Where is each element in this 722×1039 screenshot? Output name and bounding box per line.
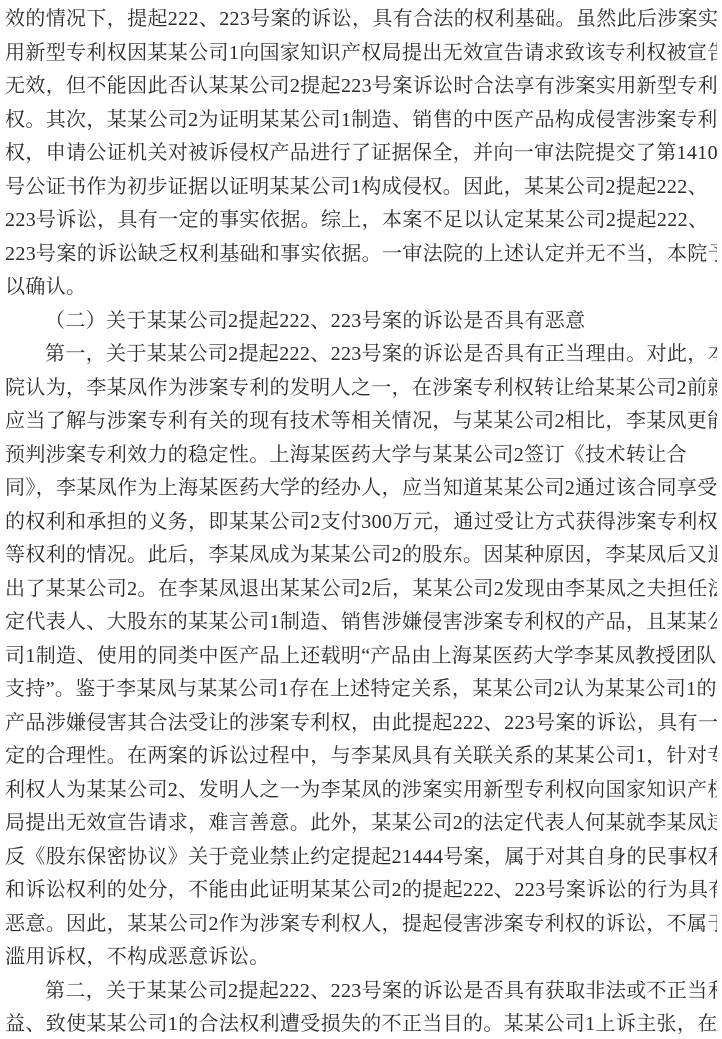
text-line: 产品涉嫌侵害其合法受让的涉案专利权，由此提起222、223号案的诉讼，具有一 xyxy=(5,707,717,741)
text-line: 出了某某公司2。在李某凤退出某某公司2后，某某公司2发现由李某凤之夫担任法 xyxy=(5,573,717,607)
text-line: 223号案的诉讼缺乏权利基础和事实依据。一审法院的上述认定并无不当，本院予 xyxy=(5,238,717,272)
text-line: 应当了解与涉案专利有关的现有技术等相关情况，与某某公司2相比，李某凤更能 xyxy=(5,405,717,439)
text-line: （二）关于某某公司2提起222、223号案的诉讼是否具有恶意 xyxy=(5,305,717,339)
document-page: 效的情况下，提起222、223号案的诉讼，具有合法的权利基础。虽然此后涉案实用新… xyxy=(0,0,722,1039)
text-line: 等权利的情况。此后，李某凤成为某某公司2的股东。因某种原因，李某凤后又退 xyxy=(5,539,717,573)
text-line: 以确认。 xyxy=(5,271,717,305)
text-line: 支持”。鉴于李某凤与某某公司1存在上述特定关系，某某公司2认为某某公司1的 xyxy=(5,673,717,707)
text-line: 滥用诉权，不构成恶意诉讼。 xyxy=(5,941,717,975)
text-line: 第二，关于某某公司2提起222、223号案的诉讼是否具有获取非法或不正当利 xyxy=(5,975,717,1009)
text-line: 恶意。因此，某某公司2作为涉案专利权人，提起侵害涉案专利权的诉讼，不属于 xyxy=(5,908,717,942)
paragraph: 效的情况下，提起222、223号案的诉讼，具有合法的权利基础。虽然此后涉案实用新… xyxy=(5,3,717,305)
paragraph: 第二，关于某某公司2提起222、223号案的诉讼是否具有获取非法或不正当利益、致… xyxy=(5,975,717,1039)
text-line: 号公证书作为初步证据以证明某某公司1构成侵权。因此，某某公司2提起222、 xyxy=(5,171,717,205)
text-line: 和诉讼权利的处分，不能由此证明某某公司2的提起222、223号案诉讼的行为具有 xyxy=(5,874,717,908)
text-line: 反《股东保密协议》关于竞业禁止约定提起21444号案，属于对其自身的民事权利 xyxy=(5,841,717,875)
text-line: 用新型专利权因某某公司1向国家知识产权局提出无效宣告请求致该专利权被宣告 xyxy=(5,37,717,71)
text-line: 权，申请公证机关对被诉侵权产品进行了证据保全，并向一审法院提交了第14109 xyxy=(5,137,717,171)
text-line: 局提出无效宣告请求，难言善意。此外，某某公司2的法定代表人何某就李某凤违 xyxy=(5,807,717,841)
text-line: 权。其次，某某公司2为证明某某公司1制造、销售的中医产品构成侵害涉案专利 xyxy=(5,104,717,138)
text-line: 预判涉案专利效力的稳定性。上海某医药大学与某某公司2签订《技术转让合 xyxy=(5,439,717,473)
text-line: 定的合理性。在两案的诉讼过程中，与李某凤具有关联关系的某某公司1，针对专 xyxy=(5,740,717,774)
text-line: 第一，关于某某公司2提起222、223号案的诉讼是否具有正当理由。对此，本 xyxy=(5,338,717,372)
paragraph: （二）关于某某公司2提起222、223号案的诉讼是否具有恶意 xyxy=(5,305,717,339)
text-line: 无效，但不能因此否认某某公司2提起223号案诉讼时合法享有涉案实用新型专利 xyxy=(5,70,717,104)
text-line: 定代表人、大股东的某某公司1制造、销售涉嫌侵害涉案专利权的产品，且某某公 xyxy=(5,606,717,640)
text-line: 司1制造、使用的同类中医产品上还载明“产品由上海某医药大学李某凤教授团队 xyxy=(5,640,717,674)
text-line: 利权人为某某公司2、发明人之一为李某凤的涉案实用新型专利权向国家知识产权 xyxy=(5,774,717,808)
text-line: 同》，李某凤作为上海某医药大学的经办人，应当知道某某公司2通过该合同享受 xyxy=(5,472,717,506)
text-line: 益、致使某某公司1的合法权利遭受损失的不正当目的。某某公司1上诉主张，在 xyxy=(5,1008,717,1039)
text-line: 效的情况下，提起222、223号案的诉讼，具有合法的权利基础。虽然此后涉案实 xyxy=(5,3,717,37)
text-line: 院认为，李某凤作为涉案专利的发明人之一，在涉案专利权转让给某某公司2前就 xyxy=(5,372,717,406)
paragraph: 第一，关于某某公司2提起222、223号案的诉讼是否具有正当理由。对此，本院认为… xyxy=(5,338,717,975)
text-line: 223号诉讼，具有一定的事实依据。综上，本案不足以认定某某公司2提起222、 xyxy=(5,204,717,238)
text-line: 的权利和承担的义务，即某某公司2支付300万元，通过受让方式获得涉案专利权 xyxy=(5,506,717,540)
judgment-text-body: 效的情况下，提起222、223号案的诉讼，具有合法的权利基础。虽然此后涉案实用新… xyxy=(5,3,717,1039)
